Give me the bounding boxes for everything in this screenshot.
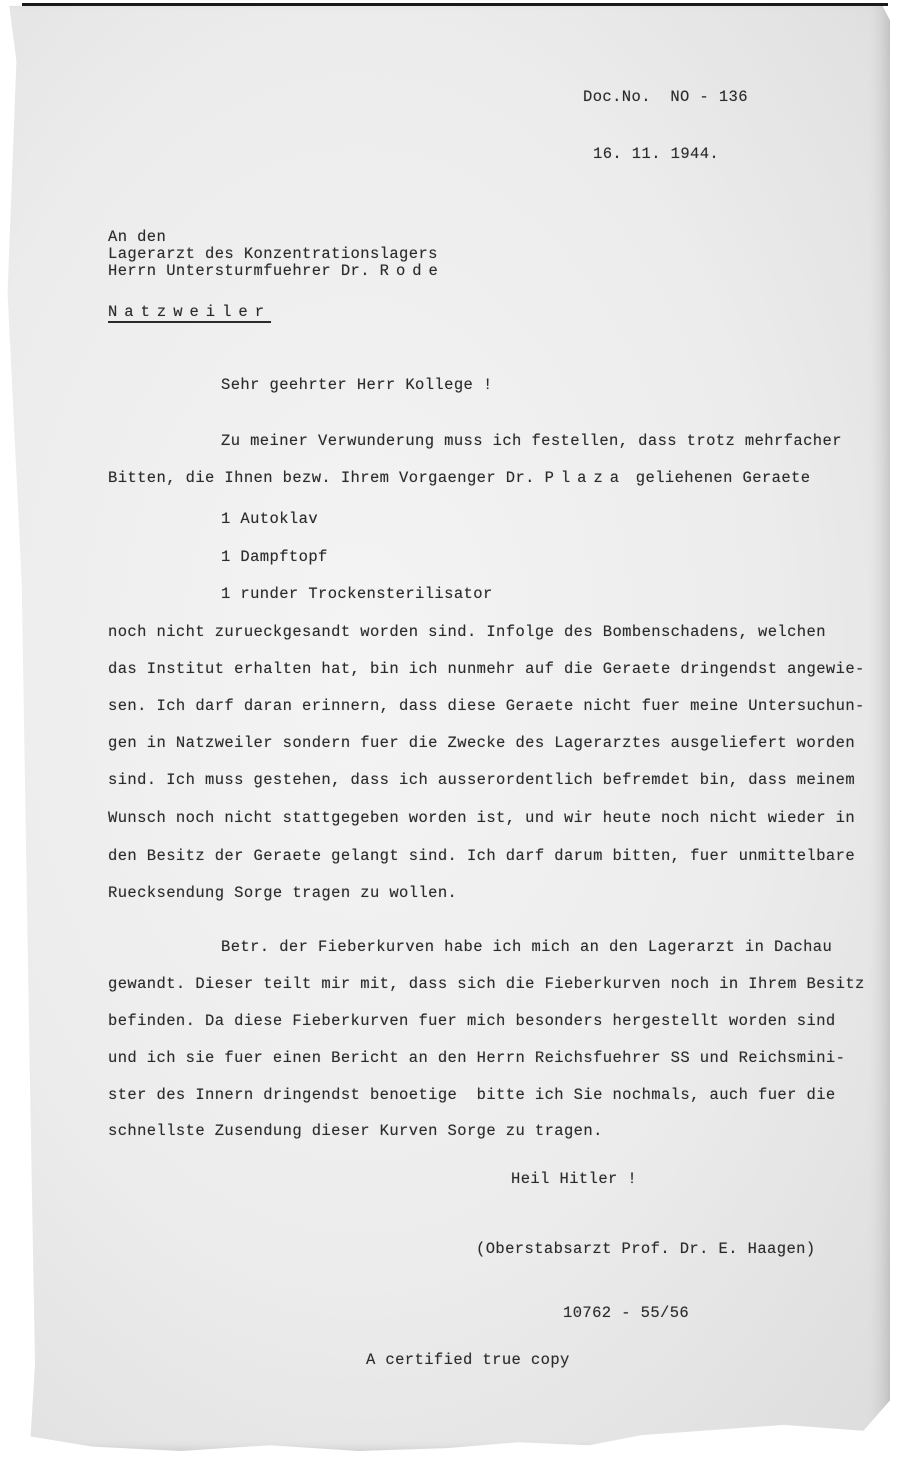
letter-date: 16. 11. 1944. <box>593 145 719 163</box>
recipient-place: Natzweiler <box>108 303 271 321</box>
paragraph-3-line: und ich sie fuer einen Bericht an den He… <box>108 1049 845 1067</box>
paragraph-2-line: Wunsch noch nicht stattgegeben worden is… <box>108 809 855 827</box>
recipient-line-2: Lagerarzt des Konzentrationslagers <box>108 245 438 263</box>
paragraph-3-line: ster des Innern dringendst benoetige bit… <box>108 1086 836 1104</box>
predecessor-name: Plaza <box>545 469 627 487</box>
paragraph-3-line: Betr. der Fieberkurven habe ich mich an … <box>221 938 832 956</box>
recipient-line-3: Herrn Untersturmfuehrer Dr. Rode <box>108 262 445 280</box>
closing: Heil Hitler ! <box>511 1170 637 1188</box>
paragraph-3-line: befinden. Da diese Fieberkurven fuer mic… <box>108 1012 836 1030</box>
signature-line: (Oberstabsarzt Prof. Dr. E. Haagen) <box>476 1240 816 1258</box>
paragraph-1-line-2: Bitten, die Ihnen bezw. Ihrem Vorgaenger… <box>108 469 810 487</box>
document-page <box>4 3 890 1451</box>
salutation: Sehr geehrter Herr Kollege ! <box>221 376 493 394</box>
paragraph-1-line-1: Zu meiner Verwunderung muss ich festelle… <box>221 432 842 450</box>
paragraph-2-line: Ruecksendung Sorge tragen zu wollen. <box>108 884 457 902</box>
paragraph-2-line: gen in Natzweiler sondern fuer die Zweck… <box>108 734 855 752</box>
equipment-item: 1 Dampftopf <box>221 548 328 566</box>
paragraph-2-line: noch nicht zurueckgesandt worden sind. I… <box>108 623 826 641</box>
paragraph-2-line: sen. Ich darf daran erinnern, dass diese… <box>108 697 865 715</box>
certification-note: A certified true copy <box>366 1351 570 1369</box>
paragraph-1-line-2-suffix: geliehenen Geraete <box>626 469 810 487</box>
equipment-item: 1 Autoklav <box>221 510 318 528</box>
equipment-item: 1 runder Trockensterilisator <box>221 585 493 603</box>
paragraph-2-line: sind. Ich muss gestehen, dass ich ausser… <box>108 771 855 789</box>
paragraph-3-line: schnellste Zusendung dieser Kurven Sorge… <box>108 1122 603 1140</box>
paragraph-2-line: das Institut erhalten hat, bin ich nunme… <box>108 660 865 678</box>
document-number: Doc.No. NO - 136 <box>583 88 748 106</box>
paragraph-1-line-2-text: Bitten, die Ihnen bezw. Ihrem Vorgaenger… <box>108 469 545 487</box>
paragraph-3-line: gewandt. Dieser teilt mir mit, dass sich… <box>108 975 865 993</box>
paragraph-2-line: den Besitz der Geraete gelangt sind. Ich… <box>108 847 855 865</box>
recipient-title: Herrn Untersturmfuehrer Dr. <box>108 262 380 280</box>
recipient-line-1: An den <box>108 228 166 246</box>
recipient-name: Rode <box>380 262 445 280</box>
page-top-edge <box>22 3 888 6</box>
reference-number: 10762 - 55/56 <box>563 1304 689 1322</box>
